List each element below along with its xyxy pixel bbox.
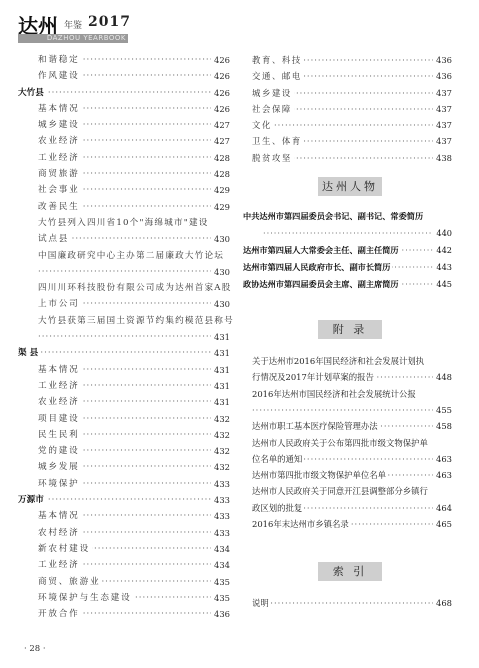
entry-label: 环境保护 bbox=[38, 476, 82, 492]
toc-entry[interactable]: ········································… bbox=[18, 231, 230, 247]
entry-page: 431 bbox=[211, 378, 230, 394]
entry-label: 基本情况 bbox=[38, 362, 82, 378]
toc-entry[interactable]: ········································… bbox=[252, 402, 452, 418]
entry-page: 432 bbox=[211, 459, 230, 475]
entry-label: 大竹县 bbox=[18, 85, 46, 101]
entry-label: 大竹县获第三届国土资源节约集约模范县称号 bbox=[38, 313, 236, 329]
entry-page: 426 bbox=[211, 85, 230, 101]
entry-label: 2016年末达州市乡镇名录 bbox=[252, 516, 351, 532]
entry-label: 万源市 bbox=[18, 492, 46, 508]
entry-label: 和谐稳定 bbox=[38, 52, 82, 68]
toc-entry[interactable]: ········································… bbox=[18, 52, 230, 68]
toc-entry[interactable]: 大竹县获第三届国土资源节约集约模范县称号 bbox=[18, 313, 230, 329]
entry-label: 农业经济 bbox=[38, 394, 82, 410]
entry-page: 427 bbox=[211, 117, 230, 133]
toc-entry[interactable]: ········································… bbox=[18, 68, 230, 84]
entry-label: 文化 bbox=[252, 117, 274, 133]
entry-label: 作风建设 bbox=[38, 68, 82, 84]
entry-page: 430 bbox=[211, 231, 230, 247]
entry-label: 关于达州市2016年国民经济和社会发展计划执 bbox=[252, 353, 426, 369]
toc-entry[interactable]: 中共达州市第四届委员会书记、副书记、常委简历 bbox=[243, 208, 452, 224]
toc-entry[interactable]: ········································… bbox=[252, 418, 452, 434]
entry-label: 社会事业 bbox=[38, 182, 82, 198]
entry-page: 445 bbox=[433, 276, 452, 292]
entry-page: 448 bbox=[433, 369, 452, 385]
entry-page: 427 bbox=[211, 133, 230, 149]
leader-dots: ········································… bbox=[252, 117, 452, 133]
entry-page: 435 bbox=[211, 574, 230, 590]
entry-page: 430 bbox=[211, 296, 230, 312]
entry-label: 政区划的批复 bbox=[252, 500, 304, 516]
leader-dots: ········································… bbox=[18, 345, 230, 361]
entry-label: 城乡建设 bbox=[252, 85, 294, 101]
entry-page: 458 bbox=[433, 418, 452, 434]
entry-label: 政协达州市第四届委员会主席、副主席简历 bbox=[243, 276, 401, 292]
toc-entry[interactable]: ········································… bbox=[18, 296, 230, 312]
toc-entry[interactable]: ········································… bbox=[18, 150, 230, 166]
entry-label: 工业经济 bbox=[38, 557, 82, 573]
entry-page: 435 bbox=[211, 590, 230, 606]
entry-label: 渠 县 bbox=[18, 345, 40, 361]
toc-entry[interactable]: ········································… bbox=[18, 101, 230, 117]
entry-label: 城乡建设 bbox=[38, 117, 82, 133]
toc-entry[interactable]: 中国廉政研究中心主办第二届廉政大竹论坛 bbox=[18, 248, 230, 264]
entry-label: 中共达州市第四届委员会书记、副书记、常委简历 bbox=[243, 208, 425, 224]
toc-entry[interactable]: ········································… bbox=[18, 182, 230, 198]
section-title-index: 索 引 bbox=[318, 562, 382, 581]
leader-dots: ········································… bbox=[38, 264, 230, 280]
entry-label: 民生民利 bbox=[38, 427, 82, 443]
entry-page: 440 bbox=[433, 225, 452, 241]
entry-page: 431 bbox=[211, 329, 230, 345]
entry-page: 426 bbox=[211, 52, 230, 68]
toc-entry[interactable]: ········································… bbox=[252, 467, 452, 483]
toc-entry[interactable]: ········································… bbox=[18, 166, 230, 182]
toc-entry[interactable]: ········································… bbox=[18, 329, 230, 345]
toc-entry[interactable]: ········································… bbox=[252, 133, 452, 149]
entry-label: 四川川环科技股份有限公司成为达州首家A股 bbox=[38, 280, 234, 296]
entry-page: 463 bbox=[433, 451, 452, 467]
toc-entry[interactable]: ········································… bbox=[18, 557, 230, 573]
entry-page: 438 bbox=[433, 150, 452, 166]
entry-page: 455 bbox=[433, 402, 452, 418]
entry-label: 基本情况 bbox=[38, 508, 82, 524]
entry-page: 431 bbox=[211, 345, 230, 361]
entry-page: 433 bbox=[211, 476, 230, 492]
toc-entry[interactable]: ········································… bbox=[252, 516, 452, 532]
logo-nianjian: 年鉴 bbox=[64, 18, 82, 31]
entry-label: 基本情况 bbox=[38, 101, 82, 117]
toc-entry[interactable]: ········································… bbox=[18, 264, 230, 280]
toc-entry[interactable]: ········································… bbox=[18, 411, 230, 427]
entry-label: 达州市人民政府关于同意开江县调整部分乡镇行 bbox=[252, 483, 430, 499]
toc-entry[interactable]: 四川川环科技股份有限公司成为达州首家A股 bbox=[18, 280, 230, 296]
entry-label: 卫生、体育 bbox=[252, 133, 304, 149]
toc-entry[interactable]: ········································… bbox=[252, 85, 452, 101]
entry-page: 434 bbox=[211, 557, 230, 573]
yearbook-header: 达州 年鉴 2017 DAZHOU YEARBOOK bbox=[18, 8, 130, 44]
toc-entry[interactable]: ········································… bbox=[243, 259, 452, 275]
entry-label: 环境保护与生态建设 bbox=[38, 590, 134, 606]
entry-label: 开放合作 bbox=[38, 606, 82, 622]
entry-label: 达州市人民政府关于公布第四批市级文物保护单 bbox=[252, 435, 430, 451]
section-title-figures: 达州人物 bbox=[318, 177, 382, 196]
entry-page: 434 bbox=[211, 541, 230, 557]
entry-page: 426 bbox=[211, 101, 230, 117]
toc-entry[interactable]: ········································… bbox=[252, 52, 452, 68]
toc-entry[interactable]: ········································… bbox=[18, 606, 230, 622]
toc-entry[interactable]: ········································… bbox=[18, 590, 230, 606]
entry-page: 431 bbox=[211, 394, 230, 410]
entry-label: 达州市第四届人民政府市长、副市长简历 bbox=[243, 259, 392, 275]
entry-label: 商贸旅游 bbox=[38, 166, 82, 182]
toc-entry[interactable]: ········································… bbox=[18, 525, 230, 541]
toc-left-column: ········································… bbox=[18, 52, 230, 622]
toc-entry[interactable]: ········································… bbox=[18, 459, 230, 475]
leader-dots: ········································… bbox=[252, 402, 452, 418]
entry-page: 443 bbox=[433, 259, 452, 275]
entry-label: 教育、科技 bbox=[252, 52, 304, 68]
toc-entry[interactable]: ········································… bbox=[252, 369, 452, 385]
toc-entry[interactable]: 大竹县列入四川省10个"海绵城市"建设 bbox=[18, 215, 230, 231]
entry-page: 463 bbox=[433, 467, 452, 483]
entry-page: 437 bbox=[433, 133, 452, 149]
entry-label: 中国廉政研究中心主办第二届廉政大竹论坛 bbox=[38, 248, 226, 264]
entry-label: 说明 bbox=[252, 595, 271, 611]
entry-page: 436 bbox=[211, 606, 230, 622]
entry-label: 城乡发展 bbox=[38, 459, 82, 475]
toc-entry[interactable]: ········································… bbox=[243, 276, 452, 292]
entry-label: 脱贫攻坚 bbox=[252, 150, 294, 166]
entry-page: 436 bbox=[433, 68, 452, 84]
toc-entry[interactable]: 达州市人民政府关于同意开江县调整部分乡镇行 bbox=[252, 483, 452, 499]
toc-entry[interactable]: ········································… bbox=[18, 443, 230, 459]
entry-page: 468 bbox=[433, 595, 452, 611]
leader-dots: ········································… bbox=[38, 329, 230, 345]
section-title-appendix: 附 录 bbox=[318, 320, 382, 339]
entry-label: 工业经济 bbox=[38, 378, 82, 394]
entry-label: 行情况及2017年计划草案的报告 bbox=[252, 369, 376, 385]
entry-label: 农村经济 bbox=[38, 525, 82, 541]
page-number: · 28 · bbox=[24, 644, 46, 654]
toc-entry[interactable]: 2016年达州市国民经济和社会发展统计公报 bbox=[252, 386, 452, 402]
entry-label: 2016年达州市国民经济和社会发展统计公报 bbox=[252, 386, 418, 402]
entry-label: 商贸、旅游业 bbox=[38, 574, 102, 590]
entry-label: 达州市职工基本医疗保险管理办法 bbox=[252, 418, 380, 434]
toc-entry[interactable]: ········································… bbox=[252, 500, 452, 516]
entry-page: 465 bbox=[433, 516, 452, 532]
toc-entry[interactable]: ········································… bbox=[18, 378, 230, 394]
toc-entry[interactable]: ········································… bbox=[252, 150, 452, 166]
toc-entry[interactable]: 关于达州市2016年国民经济和社会发展计划执 bbox=[252, 353, 452, 369]
toc-entry[interactable]: ········································… bbox=[18, 117, 230, 133]
toc-entry[interactable]: ········································… bbox=[18, 394, 230, 410]
leader-dots: ········································… bbox=[252, 595, 452, 611]
entry-page: 428 bbox=[211, 150, 230, 166]
entry-page: 433 bbox=[211, 525, 230, 541]
entry-label: 交通、邮电 bbox=[252, 68, 304, 84]
toc-entry[interactable]: ········································… bbox=[18, 427, 230, 443]
entry-label: 达州市第四届人大常委会主任、副主任简历 bbox=[243, 242, 401, 258]
toc-entry[interactable]: 达州市人民政府关于公布第四批市级文物保护单 bbox=[252, 435, 452, 451]
entry-page: 437 bbox=[433, 101, 452, 117]
toc-entry[interactable]: ········································… bbox=[252, 68, 452, 84]
entry-page: 431 bbox=[211, 362, 230, 378]
toc-entry[interactable]: ········································… bbox=[252, 451, 452, 467]
toc-entry[interactable]: ········································… bbox=[18, 508, 230, 524]
entry-page: 464 bbox=[433, 500, 452, 516]
entry-page: 432 bbox=[211, 427, 230, 443]
entry-label: 达州市第四批市级文物保护单位名单 bbox=[252, 467, 388, 483]
entry-page: 433 bbox=[211, 492, 230, 508]
entry-page: 433 bbox=[211, 508, 230, 524]
toc-entry[interactable]: ········································… bbox=[252, 101, 452, 117]
logo-subtitle: DAZHOU YEARBOOK bbox=[18, 34, 128, 43]
toc-entry[interactable]: ········································… bbox=[252, 595, 452, 611]
toc-county-entry[interactable]: ········································… bbox=[18, 85, 230, 101]
entry-label: 党的建设 bbox=[38, 443, 82, 459]
leader-dots: ········································… bbox=[263, 225, 452, 241]
entry-label: 试点县 bbox=[38, 231, 71, 247]
entry-page: 432 bbox=[211, 411, 230, 427]
logo-year: 2017 bbox=[88, 14, 131, 30]
entry-label: 新农村建设 bbox=[38, 541, 92, 557]
entry-label: 上市公司 bbox=[38, 296, 82, 312]
entry-page: 426 bbox=[211, 68, 230, 84]
toc-entry[interactable]: ········································… bbox=[18, 541, 230, 557]
toc-right-column: ········································… bbox=[252, 52, 452, 166]
toc-county-entry[interactable]: ········································… bbox=[18, 492, 230, 508]
toc-entry[interactable]: ········································… bbox=[18, 574, 230, 590]
entry-page: 429 bbox=[211, 182, 230, 198]
entry-label: 工业经济 bbox=[38, 150, 82, 166]
entry-page: 430 bbox=[211, 264, 230, 280]
entry-page: 429 bbox=[211, 199, 230, 215]
leader-dots: ········································… bbox=[18, 85, 230, 101]
toc-entry[interactable]: ········································… bbox=[18, 362, 230, 378]
toc-entry[interactable]: ········································… bbox=[18, 476, 230, 492]
toc-county-entry[interactable]: ········································… bbox=[18, 345, 230, 361]
toc-entry[interactable]: ········································… bbox=[243, 242, 452, 258]
entry-label: 项目建设 bbox=[38, 411, 82, 427]
leader-dots: ········································… bbox=[18, 492, 230, 508]
entry-label: 农业经济 bbox=[38, 133, 82, 149]
entry-label: 位名单的通知 bbox=[252, 451, 304, 467]
entry-page: 442 bbox=[433, 242, 452, 258]
entry-page: 432 bbox=[211, 443, 230, 459]
toc-entry[interactable]: ········································… bbox=[18, 133, 230, 149]
entry-label: 社会保障 bbox=[252, 101, 294, 117]
entry-page: 428 bbox=[211, 166, 230, 182]
entry-page: 436 bbox=[433, 52, 452, 68]
entry-page: 437 bbox=[433, 85, 452, 101]
toc-entry[interactable]: ········································… bbox=[243, 225, 452, 241]
toc-entry[interactable]: ········································… bbox=[18, 199, 230, 215]
entry-label: 大竹县列入四川省10个"海绵城市"建设 bbox=[38, 215, 211, 231]
toc-entry[interactable]: ········································… bbox=[252, 117, 452, 133]
entry-label: 改善民生 bbox=[38, 199, 82, 215]
entry-page: 437 bbox=[433, 117, 452, 133]
